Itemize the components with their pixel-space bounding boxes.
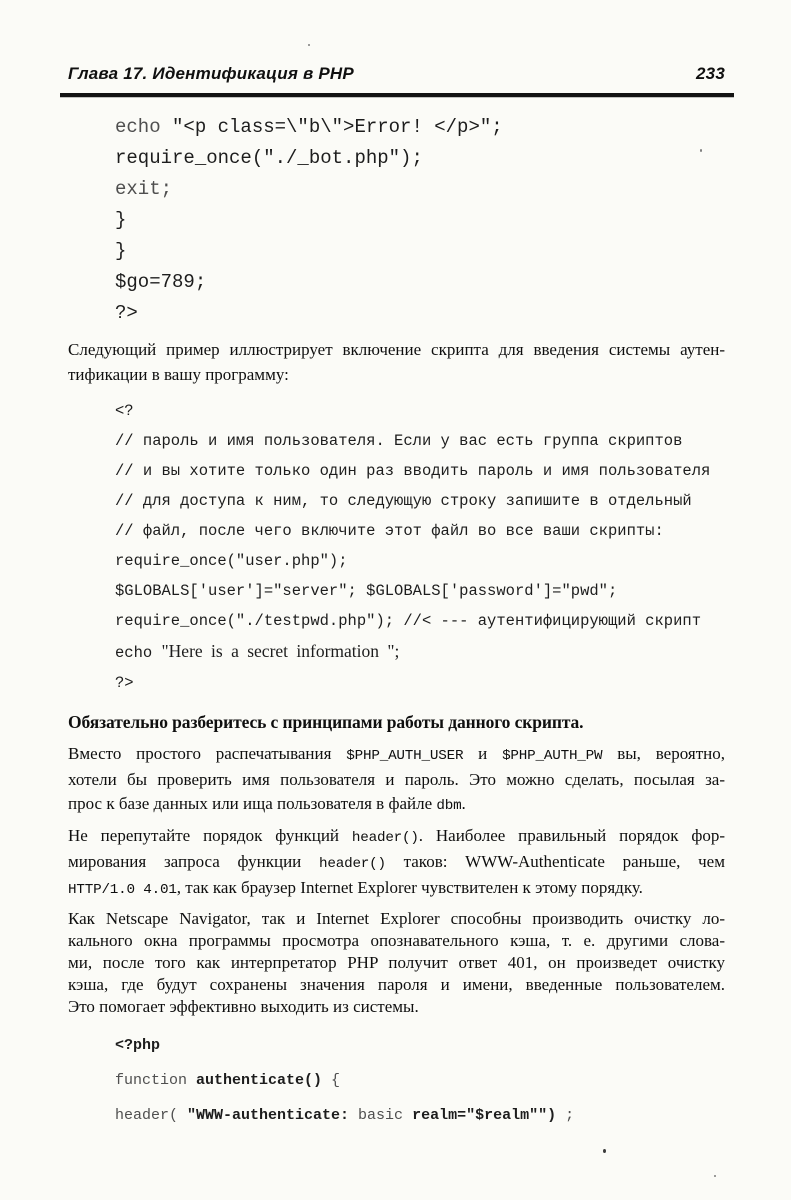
text-segment: таков: WWW-Authenticate раньше, чем (386, 852, 725, 871)
code-line: <?php (68, 1028, 725, 1063)
code-block-include-auth: <?// пароль и имя пользователя. Если у в… (68, 396, 725, 698)
code-line: exit; (68, 174, 725, 205)
book-page: Глава 17. Идентификация в PHP 233 echo "… (0, 0, 791, 1200)
text-segment: realm="$realm"") (412, 1107, 556, 1124)
text-segment: хотели бы проверить имя пользователя и п… (68, 770, 725, 789)
page-number: 233 (696, 64, 725, 84)
para-line: тификации в вашу программу: (68, 362, 725, 387)
text-segment: header() (352, 830, 419, 846)
text-segment: header( (115, 1107, 187, 1124)
text-segment: <? (115, 402, 134, 420)
para-line: Обязательно разберитесь с принципами раб… (68, 710, 725, 734)
para-line: кального окна программы просмотра опозна… (68, 930, 725, 952)
code-line: // пароль и имя пользователя. Если у вас… (68, 426, 725, 456)
text-segment: ми, после того как интерпретатор PHP пол… (68, 953, 725, 972)
scan-speck (603, 1149, 606, 1153)
text-segment: function (115, 1072, 196, 1089)
text-segment: echo (115, 116, 172, 138)
text-segment: // файл, после чего включите этот файл в… (115, 522, 664, 540)
text-segment: $PHP_AUTH_USER (346, 748, 463, 764)
text-segment: HTTP/1.0 4.01 (68, 882, 177, 898)
code-line: // файл, после чего включите этот файл в… (68, 516, 725, 546)
text-segment: $GLOBALS['user']="server"; $GLOBALS['pas… (115, 582, 617, 600)
code-line: } (68, 205, 725, 236)
text-segment: мирования запроса функции (68, 852, 319, 871)
running-head: Глава 17. Идентификация в PHP 233 (68, 64, 725, 84)
text-segment: Следующий пример иллюстрирует включение … (68, 340, 725, 359)
para-line: прос к базе данных или ища пользователя … (68, 792, 725, 818)
text-segment: тификации в вашу программу: (68, 365, 289, 384)
para-header-order: Не перепутайте порядок функций header().… (68, 824, 725, 902)
para-cache-clearing: Как Netscape Navigator, так и Internet E… (68, 908, 725, 1018)
para-line: хотели бы проверить имя пользователя и п… (68, 768, 725, 792)
text-segment: . (461, 794, 465, 813)
text-segment: и (463, 744, 502, 763)
text-segment: require_once("./_bot.php"); (115, 147, 423, 169)
text-segment: прос к базе данных или ища пользователя … (68, 794, 436, 813)
code-line: require_once("./testpwd.php"); //< --- а… (68, 606, 725, 636)
scan-speck (700, 149, 702, 152)
text-segment: кального окна программы просмотра опозна… (68, 931, 725, 950)
scan-speck (308, 44, 310, 46)
text-segment: Это помогает эффективно выходить из сист… (68, 997, 419, 1016)
text-segment: кэша, где будут сохранены значения парол… (68, 975, 725, 994)
text-segment: <?php (115, 1037, 160, 1054)
para-line: Следующий пример иллюстрирует включение … (68, 337, 725, 362)
code-block-authenticate: <?phpfunction authenticate() {header( "W… (68, 1028, 725, 1133)
code-line: ?> (68, 298, 725, 329)
para-auth-intro: Следующий пример иллюстрирует включение … (68, 337, 725, 387)
text-segment: require_once("./testpwd.php"); //< --- а… (115, 612, 701, 630)
code-line: } (68, 236, 725, 267)
text-segment: ?> (115, 302, 138, 324)
code-line: $GLOBALS['user']="server"; $GLOBALS['pas… (68, 576, 725, 606)
text-segment: . Наиболее правильный порядок фор- (419, 826, 725, 845)
code-line: ?> (68, 668, 725, 698)
text-segment: "<p class=\"b\">Error! </p>"; (172, 116, 503, 138)
text-segment: { (331, 1072, 340, 1089)
para-check-credentials: Вместо простого распечатывания $PHP_AUTH… (68, 742, 725, 818)
para-note-bold: Обязательно разберитесь с принципами раб… (68, 710, 725, 734)
text-segment: Обязательно разберитесь с принципами раб… (68, 712, 583, 732)
para-line: Вместо простого распечатывания $PHP_AUTH… (68, 742, 725, 768)
code-line: require_once("user.php"); (68, 546, 725, 576)
code-line: // для доступа к ним, то следующую строк… (68, 486, 725, 516)
text-segment: $PHP_AUTH_PW (502, 748, 602, 764)
text-segment: ?> (115, 674, 134, 692)
text-segment: exit; (115, 178, 172, 200)
text-segment: , так как браузер Internet Explorer чувс… (177, 878, 643, 897)
code-line: function authenticate() { (68, 1063, 725, 1098)
text-segment: echo (115, 644, 162, 662)
para-line: HTTP/1.0 4.01, так как браузер Internet … (68, 876, 725, 902)
chapter-title: Глава 17. Идентификация в PHP (68, 64, 354, 84)
code-line: header( "WWW-authenticate: basic realm="… (68, 1098, 725, 1133)
text-segment: Не перепутайте порядок функций (68, 826, 352, 845)
text-segment: dbm (436, 798, 461, 814)
page-content: echo "<p class=\"b\">Error! </p>";requir… (68, 112, 725, 1133)
text-segment: // для доступа к ним, то следующую строк… (115, 492, 692, 510)
para-line: Как Netscape Navigator, так и Internet E… (68, 908, 725, 930)
text-segment: authenticate() (196, 1072, 331, 1089)
text-segment: Вместо простого распечатывания (68, 744, 346, 763)
text-segment: вы, вероятно, (602, 744, 725, 763)
text-segment: header() (319, 856, 386, 872)
text-segment: "WWW-authenticate: (187, 1107, 358, 1124)
text-segment: ; (556, 1107, 574, 1124)
text-segment: // пароль и имя пользователя. Если у вас… (115, 432, 682, 450)
para-line: мирования запроса функции header() таков… (68, 850, 725, 876)
scan-speck (714, 1175, 716, 1177)
text-segment: // и вы хотите только один раз вводить п… (115, 462, 710, 480)
text-segment: } (115, 209, 126, 231)
text-segment: require_once("user.php"); (115, 552, 348, 570)
para-line: кэша, где будут сохранены значения парол… (68, 974, 725, 996)
code-line: // и вы хотите только один раз вводить п… (68, 456, 725, 486)
code-line: echo "Here is a secret information "; (68, 636, 725, 668)
code-line: $go=789; (68, 267, 725, 298)
text-segment: Как Netscape Navigator, так и Internet E… (68, 909, 725, 928)
code-line: <? (68, 396, 725, 426)
para-line: ми, после того как интерпретатор PHP пол… (68, 952, 725, 974)
text-segment: $go=789; (115, 271, 206, 293)
text-segment: } (115, 240, 126, 262)
text-segment: basic (358, 1107, 412, 1124)
code-line: require_once("./_bot.php"); (68, 143, 725, 174)
para-line: Не перепутайте порядок функций header().… (68, 824, 725, 850)
code-line: echo "<p class=\"b\">Error! </p>"; (68, 112, 725, 143)
header-rule (60, 93, 734, 97)
text-segment: "Here is a secret information "; (162, 641, 400, 661)
para-line: Это помогает эффективно выходить из сист… (68, 996, 725, 1018)
code-block-error-exit: echo "<p class=\"b\">Error! </p>";requir… (68, 112, 725, 329)
